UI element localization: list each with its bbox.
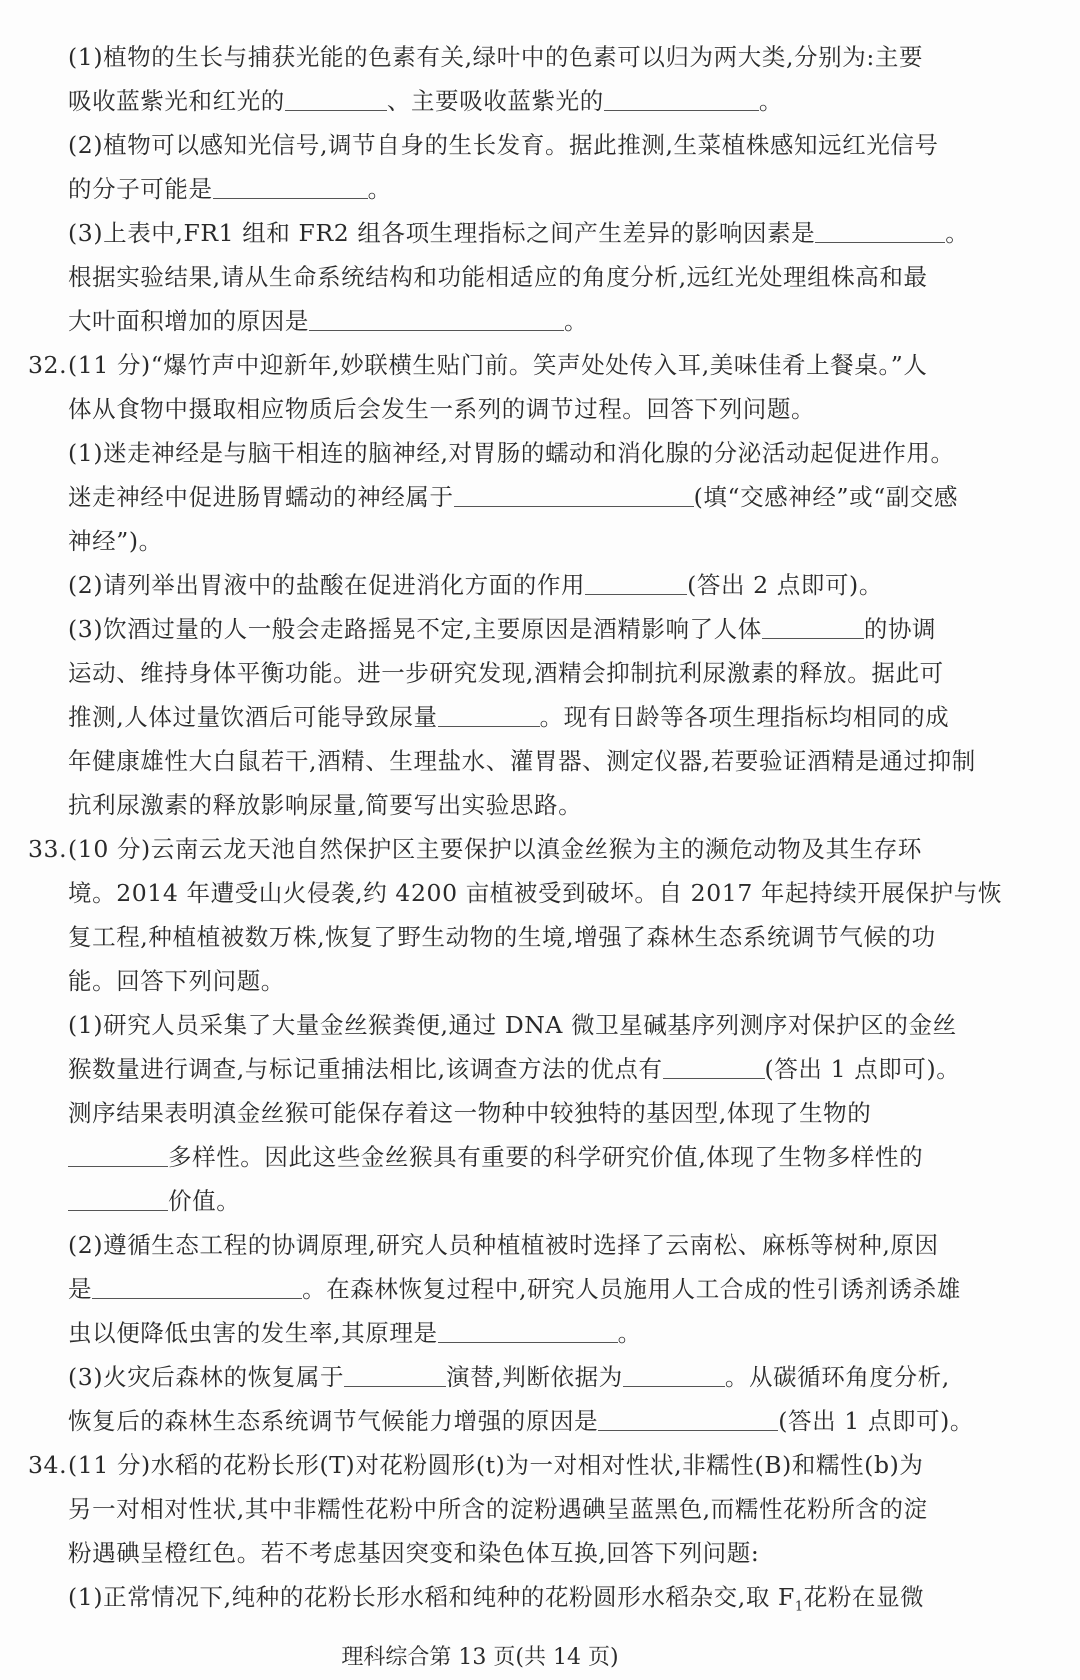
text: 恢复后的森林生态系统调节气候能力增强的原因是 [68,1407,598,1435]
answer-blank[interactable] [285,88,387,111]
answer-blank[interactable] [92,1276,302,1299]
text: (11 分)水稻的花粉长形(T)对花粉圆形(t)为一对相对性状,非糯性(B)和糯… [68,1451,923,1479]
text: 演替,判断依据为 [446,1363,623,1391]
text: (11 分)“爆竹声中迎新年,妙联横生贴门前。笑声处处传入耳,美味佳肴上餐桌。”… [68,351,928,379]
q34-line2: 另一对相对性状,其中非糯性花粉中所含的淀粉遇碘呈蓝黑色,而糯性花粉所含的淀 [68,1494,1058,1524]
text: (2)遵循生态工程的协调原理,研究人员种植植被时选择了云南松、麻栎等树种,原因 [68,1231,939,1259]
text: (10 分)云南云龙天池自然保护区主要保护以滇金丝猴为主的濒危动物及其生存环 [68,835,922,863]
text: 神经”)。 [68,527,163,555]
text: (答出 1 点即可)。 [778,1407,974,1435]
text: 。 [945,219,969,247]
page-footer: 理科综合第 13 页(共 14 页) [0,1640,1080,1671]
text: 是 [68,1275,92,1303]
exam-page: (1)植物的生长与捕获光能的色素有关,绿叶中的色素可以归为两大类,分别为:主要 … [0,0,1080,1680]
q31-part1-line1: (1)植物的生长与捕获光能的色素有关,绿叶中的色素可以归为两大类,分别为:主要 [68,42,1058,72]
q31-part3-line1: (3)上表中,FR1 组和 FR2 组各项生理指标之间产生差异的影响因素是。 [68,218,1058,248]
q33-line1: 33.(10 分)云南云龙天池自然保护区主要保护以滇金丝猴为主的濒危动物及其生存… [68,834,1058,864]
answer-blank[interactable] [604,88,759,111]
q32-part1-line3: 神经”)。 [68,526,1058,556]
answer-blank[interactable] [68,1144,168,1167]
text: 体从食物中摄取相应物质后会发生一系列的调节过程。回答下列问题。 [68,395,815,423]
text: 另一对相对性状,其中非糯性花粉中所含的淀粉遇碘呈蓝黑色,而糯性花粉所含的淀 [68,1495,928,1523]
q32-part2: (2)请列举出胃液中的盐酸在促进消化方面的作用(答出 2 点即可)。 [68,570,1058,600]
text: (3)火灾后森林的恢复属于 [68,1363,344,1391]
answer-blank[interactable] [309,308,564,331]
answer-blank[interactable] [585,572,687,595]
q32-part3-line3: 推测,人体过量饮酒后可能导致尿量。现有日龄等各项生理指标均相同的成 [68,702,1058,732]
text: 的协调 [864,615,936,643]
text: 年健康雄性大白鼠若干,酒精、生理盐水、灌胃器、测定仪器,若要验证酒精是通过抑制 [68,747,976,775]
text: 花粉在显微 [804,1583,925,1611]
answer-blank[interactable] [344,1364,446,1387]
q31-part1-line2: 吸收蓝紫光和红光的、主要吸收蓝紫光的。 [68,86,1058,116]
text: 价值。 [168,1187,240,1215]
answer-blank[interactable] [438,704,540,727]
question-number: 33. [28,834,67,864]
q31-part3-line2: 根据实验结果,请从生命系统结构和功能相适应的角度分析,远红光处理组株高和最 [68,262,1058,292]
text: (答出 1 点即可)。 [765,1055,961,1083]
question-number: 32. [28,350,67,380]
text: (2)请列举出胃液中的盐酸在促进消化方面的作用 [68,571,585,599]
q32-part3-line2: 运动、维持身体平衡功能。进一步研究发现,酒精会抑制抗利尿激素的释放。据此可 [68,658,1058,688]
text: 粉遇碘呈橙红色。若不考虑基因突变和染色体互换,回答下列问题: [68,1539,759,1567]
q33-part1-line4: 多样性。因此这些金丝猴具有重要的科学研究价值,体现了生物多样性的 [68,1142,1058,1172]
text: 猴数量进行调查,与标记重捕法相比,该调查方法的优点有 [68,1055,663,1083]
q31-part3-line3: 大叶面积增加的原因是。 [68,306,1058,336]
q34-line1: 34.(11 分)水稻的花粉长形(T)对花粉圆形(t)为一对相对性状,非糯性(B… [68,1450,1058,1480]
q34-line3: 粉遇碘呈橙红色。若不考虑基因突变和染色体互换,回答下列问题: [68,1538,1058,1568]
text: 复工程,种植植被数万株,恢复了野生动物的生境,增强了森林生态系统调节气候的功 [68,923,936,951]
q33-line4: 能。回答下列问题。 [68,966,1058,996]
footer-text: 理科综合第 13 页(共 14 页) [341,1645,618,1670]
q33-part1-line3: 测序结果表明滇金丝猴可能保存着这一物种中较独特的基因型,体现了生物的 [68,1098,1058,1128]
text: 迷走神经中促进肠胃蠕动的神经属于 [68,483,454,511]
text: 根据实验结果,请从生命系统结构和功能相适应的角度分析,远红光处理组株高和最 [68,263,928,291]
text: 。 [759,87,783,115]
text: 能。回答下列问题。 [68,967,285,995]
answer-blank[interactable] [68,1188,168,1211]
text: (1)植物的生长与捕获光能的色素有关,绿叶中的色素可以归为两大类,分别为:主要 [68,43,923,71]
text: 。在森林恢复过程中,研究人员施用人工合成的性引诱剂诱杀雄 [302,1275,961,1303]
answer-blank[interactable] [663,1056,765,1079]
q33-part3-line1: (3)火灾后森林的恢复属于演替,判断依据为。从碳循环角度分析, [68,1362,1058,1392]
text: 。 [618,1319,642,1347]
q33-part2-line3: 虫以便降低虫害的发生率,其原理是。 [68,1318,1058,1348]
text: (3)饮酒过量的人一般会走路摇晃不定,主要原因是酒精影响了人体 [68,615,762,643]
text: 、主要吸收蓝紫光的 [387,87,604,115]
q33-part1-line1: (1)研究人员采集了大量金丝猴粪便,通过 DNA 微卫星碱基序列测序对保护区的金… [68,1010,1058,1040]
text: 虫以便降低虫害的发生率,其原理是 [68,1319,438,1347]
text: 。现有日龄等各项生理指标均相同的成 [540,703,950,731]
q33-part2-line1: (2)遵循生态工程的协调原理,研究人员种植植被时选择了云南松、麻栎等树种,原因 [68,1230,1058,1260]
q32-line1: 32.(11 分)“爆竹声中迎新年,妙联横生贴门前。笑声处处传入耳,美味佳肴上餐… [68,350,1058,380]
text: 。 [368,175,392,203]
q33-part1-line2: 猴数量进行调查,与标记重捕法相比,该调查方法的优点有(答出 1 点即可)。 [68,1054,1058,1084]
q34-part1-line1: (1)正常情况下,纯种的花粉长形水稻和纯种的花粉圆形水稻杂交,取 F1花粉在显微 [68,1582,1058,1623]
q32-part1-line2: 迷走神经中促进肠胃蠕动的神经属于(填“交感神经”或“副交感 [68,482,1058,512]
text: 。从碳循环角度分析, [725,1363,950,1391]
q32-part3-line4: 年健康雄性大白鼠若干,酒精、生理盐水、灌胃器、测定仪器,若要验证酒精是通过抑制 [68,746,1058,776]
text: 。 [564,307,588,335]
subscript: 1 [795,1600,804,1615]
text: 多样性。因此这些金丝猴具有重要的科学研究价值,体现了生物多样性的 [168,1143,923,1171]
q32-line2: 体从食物中摄取相应物质后会发生一系列的调节过程。回答下列问题。 [68,394,1058,424]
text: (1)迷走神经是与脑干相连的脑神经,对胃肠的蠕动和消化腺的分泌活动起促进作用。 [68,439,955,467]
text: (3)上表中,FR1 组和 FR2 组各项生理指标之间产生差异的影响因素是 [68,219,815,247]
text: 吸收蓝紫光和红光的 [68,87,285,115]
q32-part3-line1: (3)饮酒过量的人一般会走路摇晃不定,主要原因是酒精影响了人体的协调 [68,614,1058,644]
text: (1)研究人员采集了大量金丝猴粪便,通过 DNA 微卫星碱基序列测序对保护区的金… [68,1011,957,1039]
text: 抗利尿激素的释放影响尿量,简要写出实验思路。 [68,791,582,819]
text: 的分子可能是 [68,175,213,203]
q33-line3: 复工程,种植植被数万株,恢复了野生动物的生境,增强了森林生态系统调节气候的功 [68,922,1058,952]
text: (2)植物可以感知光信号,调节自身的生长发育。据此推测,生菜植株感知远红光信号 [68,131,939,159]
q31-part2-line1: (2)植物可以感知光信号,调节自身的生长发育。据此推测,生菜植株感知远红光信号 [68,130,1058,160]
answer-blank[interactable] [454,484,694,507]
q33-part2-line2: 是。在森林恢复过程中,研究人员施用人工合成的性引诱剂诱杀雄 [68,1274,1058,1304]
q33-part3-line2: 恢复后的森林生态系统调节气候能力增强的原因是(答出 1 点即可)。 [68,1406,1058,1436]
text: 推测,人体过量饮酒后可能导致尿量 [68,703,438,731]
answer-blank[interactable] [438,1320,618,1343]
text: (答出 2 点即可)。 [687,571,883,599]
q32-part3-line5: 抗利尿激素的释放影响尿量,简要写出实验思路。 [68,790,1058,820]
answer-blank[interactable] [598,1408,778,1431]
text: (填“交感神经”或“副交感 [694,483,959,511]
text: 大叶面积增加的原因是 [68,307,309,335]
answer-blank[interactable] [213,176,368,199]
answer-blank[interactable] [623,1364,725,1387]
text: 境。2014 年遭受山火侵袭,约 4200 亩植被受到破坏。自 2017 年起持… [68,879,1002,907]
q31-part2-line2: 的分子可能是。 [68,174,1058,204]
text: (1)正常情况下,纯种的花粉长形水稻和纯种的花粉圆形水稻杂交,取 F [68,1583,795,1611]
q33-part1-line5: 价值。 [68,1186,1058,1216]
q33-line2: 境。2014 年遭受山火侵袭,约 4200 亩植被受到破坏。自 2017 年起持… [68,878,1058,908]
answer-blank[interactable] [762,616,864,639]
text: 测序结果表明滇金丝猴可能保存着这一物种中较独特的基因型,体现了生物的 [68,1099,871,1127]
text: 运动、维持身体平衡功能。进一步研究发现,酒精会抑制抗利尿激素的释放。据此可 [68,659,944,687]
q32-part1-line1: (1)迷走神经是与脑干相连的脑神经,对胃肠的蠕动和消化腺的分泌活动起促进作用。 [68,438,1058,468]
question-number: 34. [28,1450,67,1480]
answer-blank[interactable] [815,220,945,243]
